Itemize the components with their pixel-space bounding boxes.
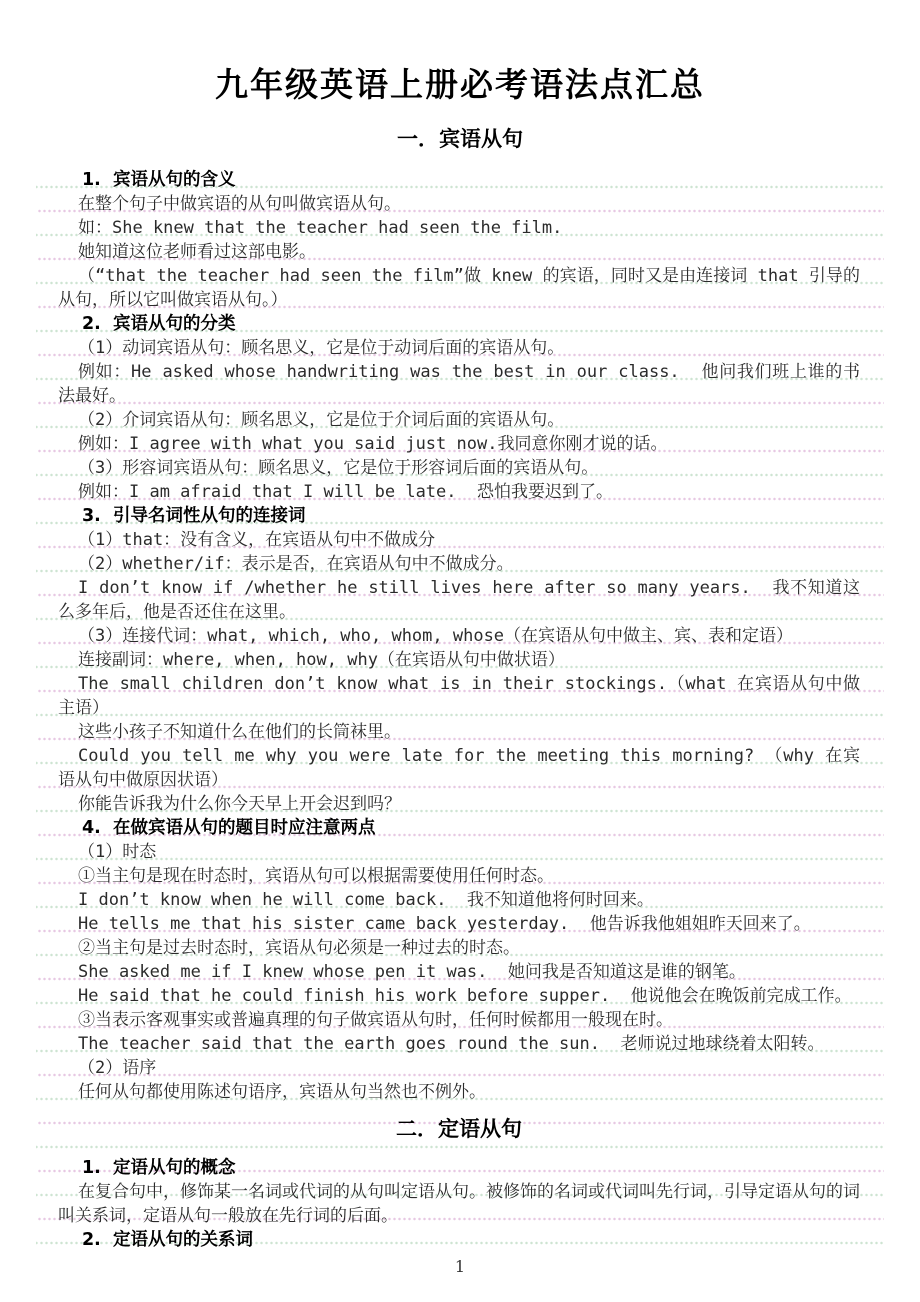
paragraph: 连接副词：where, when, how, why（在宾语从句中做状语）: [58, 648, 860, 672]
paragraph: 例如：I am afraid that I will be late. 恐怕我要…: [58, 480, 860, 504]
paragraph: He said that he could finish his work be…: [58, 984, 860, 1008]
grammar-point-heading: 2. 宾语从句的分类: [58, 312, 860, 336]
section-2-heading: 二．定语从句: [58, 1114, 860, 1144]
document-title: 九年级英语上册必考语法点汇总: [0, 0, 920, 110]
paragraph: 如：She knew that the teacher had seen the…: [58, 216, 860, 240]
paragraph: I don’t know when he will come back. 我不知…: [58, 888, 860, 912]
grammar-point-heading: 2. 定语从句的关系词: [58, 1228, 860, 1252]
paragraph: 任何从句都使用陈述句语序，宾语从句当然也不例外。: [58, 1080, 860, 1104]
paragraph: （3）连接代词：what, which, who, whom, whose（在宾…: [58, 624, 860, 648]
section-1-heading: 一．宾语从句: [0, 124, 920, 154]
paragraph: 例如：I agree with what you said just now.我…: [58, 432, 860, 456]
grammar-point-heading: 1. 宾语从句的含义: [58, 168, 860, 192]
paragraph: ①当主句是现在时态时，宾语从句可以根据需要使用任何时态。: [58, 864, 860, 888]
paragraph: 在复合句中，修饰某一名词或代词的从句叫定语从句。被修饰的名词或代词叫先行词，引导…: [58, 1180, 860, 1228]
paragraph: 你能告诉我为什么你今天早上开会迟到吗？: [58, 792, 860, 816]
paragraph: She asked me if I knew whose pen it was.…: [58, 960, 860, 984]
document-page: 九年级英语上册必考语法点汇总 一．宾语从句 1. 宾语从句的含义在整个句子中做宾…: [0, 0, 920, 1302]
paragraph: （“that the teacher had seen the film”做 k…: [58, 264, 860, 312]
paragraph: 在整个句子中做宾语的从句叫做宾语从句。: [58, 192, 860, 216]
paragraph: （3）形容词宾语从句：顾名思义，它是位于形容词后面的宾语从句。: [58, 456, 860, 480]
paragraph: ③当表示客观事实或普遍真理的句子做宾语从句时，任何时候都用一般现在时。: [58, 1008, 860, 1032]
paragraph: （2）介词宾语从句：顾名思义，它是位于介词后面的宾语从句。: [58, 408, 860, 432]
grammar-point-heading: 3. 引导名词性从句的连接词: [58, 504, 860, 528]
paragraph: （1）动词宾语从句：顾名思义，它是位于动词后面的宾语从句。: [58, 336, 860, 360]
paragraph: He tells me that his sister came back ye…: [58, 912, 860, 936]
paragraph: The small children don’t know what is in…: [58, 672, 860, 720]
document-body: 1. 宾语从句的含义在整个句子中做宾语的从句叫做宾语从句。如：She knew …: [36, 166, 884, 1256]
paragraph: I don’t know if /whether he still lives …: [58, 576, 860, 624]
paragraph: （1）that：没有含义，在宾语从句中不做成分: [58, 528, 860, 552]
grammar-point-heading: 4. 在做宾语从句的题目时应注意两点: [58, 816, 860, 840]
paragraph: 例如：He asked whose handwriting was the be…: [58, 360, 860, 408]
paragraph: （2）语序: [58, 1056, 860, 1080]
grammar-point-heading: 1. 定语从句的概念: [58, 1156, 860, 1180]
paragraph: ②当主句是过去时态时，宾语从句必须是一种过去的时态。: [58, 936, 860, 960]
paragraph: Could you tell me why you were late for …: [58, 744, 860, 792]
paragraph: 她知道这位老师看过这部电影。: [58, 240, 860, 264]
paragraph: （1）时态: [58, 840, 860, 864]
paragraph: 这些小孩子不知道什么在他们的长筒袜里。: [58, 720, 860, 744]
paragraph: The teacher said that the earth goes rou…: [58, 1032, 860, 1056]
paragraph: （2）whether/if：表示是否，在宾语从句中不做成分。: [58, 552, 860, 576]
page-number: 1: [0, 1257, 920, 1276]
